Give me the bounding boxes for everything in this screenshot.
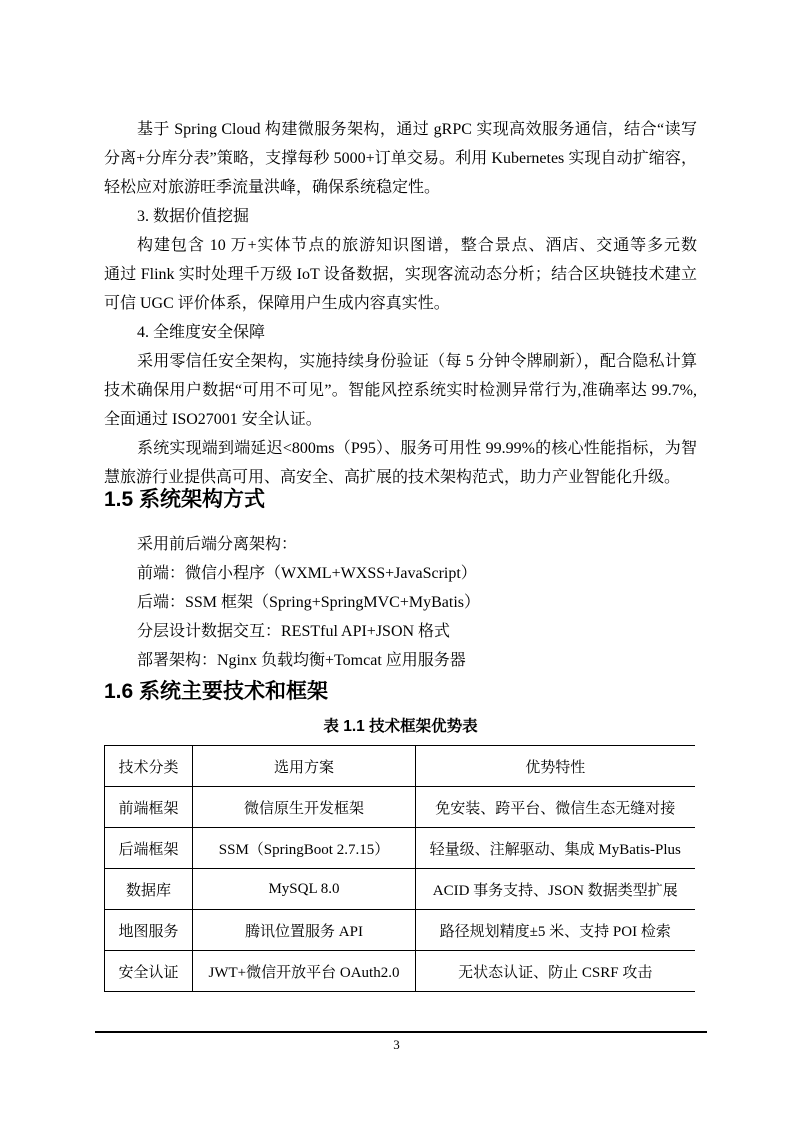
document-body: 基于 Spring Cloud 构建微服务架构，通过 gRPC 实现高效服务通信… bbox=[104, 0, 697, 992]
document-page: 基于 Spring Cloud 构建微服务架构，通过 gRPC 实现高效服务通信… bbox=[0, 0, 793, 1122]
numbered-item-heading: 3. 数据价值挖掘 bbox=[104, 202, 697, 231]
table-cell: MySQL 8.0 bbox=[193, 869, 416, 910]
table-cell: 前端框架 bbox=[105, 787, 193, 828]
table-header-cell: 技术分类 bbox=[105, 746, 193, 787]
table-cell: 免安装、跨平台、微信生态无缝对接 bbox=[416, 787, 695, 828]
numbered-item-heading: 4. 全维度安全保障 bbox=[104, 318, 697, 347]
tech-framework-table: 技术分类 选用方案 优势特性 前端框架 微信原生开发框架 免安装、跨平台、微信生… bbox=[104, 745, 695, 992]
table-header-row: 技术分类 选用方案 优势特性 bbox=[105, 746, 695, 787]
architecture-line: 前端：微信小程序（WXML+WXSS+JavaScript） bbox=[104, 559, 697, 588]
section-heading-1-6: 1.6 系统主要技术和框架 bbox=[104, 678, 697, 706]
table-row: 安全认证 JWT+微信开放平台 OAuth2.0 无状态认证、防止 CSRF 攻… bbox=[105, 951, 695, 992]
table-header-cell: 优势特性 bbox=[416, 746, 695, 787]
paragraph-line: 系统实现端到端延迟<800ms（P95）、服务可用性 99.99%的核心性能指标… bbox=[104, 434, 697, 463]
architecture-line: 后端：SSM 框架（Spring+SpringMVC+MyBatis） bbox=[104, 588, 697, 617]
paragraph-line: 通过 Flink 实时处理千万级 IoT 设备数据，实现客流动态分析；结合区块链… bbox=[104, 260, 697, 289]
table-row: 后端框架 SSM（SpringBoot 2.7.15） 轻量级、注解驱动、集成 … bbox=[105, 828, 695, 869]
paragraph-line: 构建包含 10 万+实体节点的旅游知识图谱，整合景点、酒店、交通等多元数据。 bbox=[104, 231, 697, 260]
paragraph-line: 分离+分库分表”策略，支撑每秒 5000+订单交易。利用 Kubernetes … bbox=[104, 144, 697, 173]
table-cell: 数据库 bbox=[105, 869, 193, 910]
table-row: 地图服务 腾讯位置服务 API 路径规划精度±5 米、支持 POI 检索 bbox=[105, 910, 695, 951]
paragraph-line: 可信 UGC 评价体系，保障用户生成内容真实性。 bbox=[104, 289, 697, 318]
footer-divider bbox=[95, 1031, 707, 1033]
page-number: 3 bbox=[0, 1036, 793, 1054]
paragraph-line: 轻松应对旅游旺季流量洪峰，确保系统稳定性。 bbox=[104, 173, 697, 202]
table-cell: 后端框架 bbox=[105, 828, 193, 869]
paragraph-line: 全面通过 ISO27001 安全认证。 bbox=[104, 405, 697, 434]
paragraph-line: 技术确保用户数据“可用不可见”。智能风控系统实时检测异常行为,准确率达 99.7… bbox=[104, 376, 697, 405]
table-caption: 表 1.1 技术框架优势表 bbox=[104, 716, 697, 738]
table-header-cell: 选用方案 bbox=[193, 746, 416, 787]
table-cell: 微信原生开发框架 bbox=[193, 787, 416, 828]
architecture-line: 采用前后端分离架构： bbox=[104, 530, 697, 559]
table-cell: 无状态认证、防止 CSRF 攻击 bbox=[416, 951, 695, 992]
table-cell: 轻量级、注解驱动、集成 MyBatis-Plus bbox=[416, 828, 695, 869]
table-row: 数据库 MySQL 8.0 ACID 事务支持、JSON 数据类型扩展 bbox=[105, 869, 695, 910]
architecture-line: 分层设计数据交互：RESTful API+JSON 格式 bbox=[104, 617, 697, 646]
table-cell: 地图服务 bbox=[105, 910, 193, 951]
table-row: 前端框架 微信原生开发框架 免安装、跨平台、微信生态无缝对接 bbox=[105, 787, 695, 828]
paragraph-line: 基于 Spring Cloud 构建微服务架构，通过 gRPC 实现高效服务通信… bbox=[104, 115, 697, 144]
table-cell: 路径规划精度±5 米、支持 POI 检索 bbox=[416, 910, 695, 951]
table-cell: 腾讯位置服务 API bbox=[193, 910, 416, 951]
table-cell: 安全认证 bbox=[105, 951, 193, 992]
table-cell: SSM（SpringBoot 2.7.15） bbox=[193, 828, 416, 869]
table-cell: ACID 事务支持、JSON 数据类型扩展 bbox=[416, 869, 695, 910]
architecture-line: 部署架构：Nginx 负载均衡+Tomcat 应用服务器 bbox=[104, 646, 697, 675]
paragraph-line: 采用零信任安全架构，实施持续身份验证（每 5 分钟令牌刷新），配合隐私计算 bbox=[104, 347, 697, 376]
table-cell: JWT+微信开放平台 OAuth2.0 bbox=[193, 951, 416, 992]
